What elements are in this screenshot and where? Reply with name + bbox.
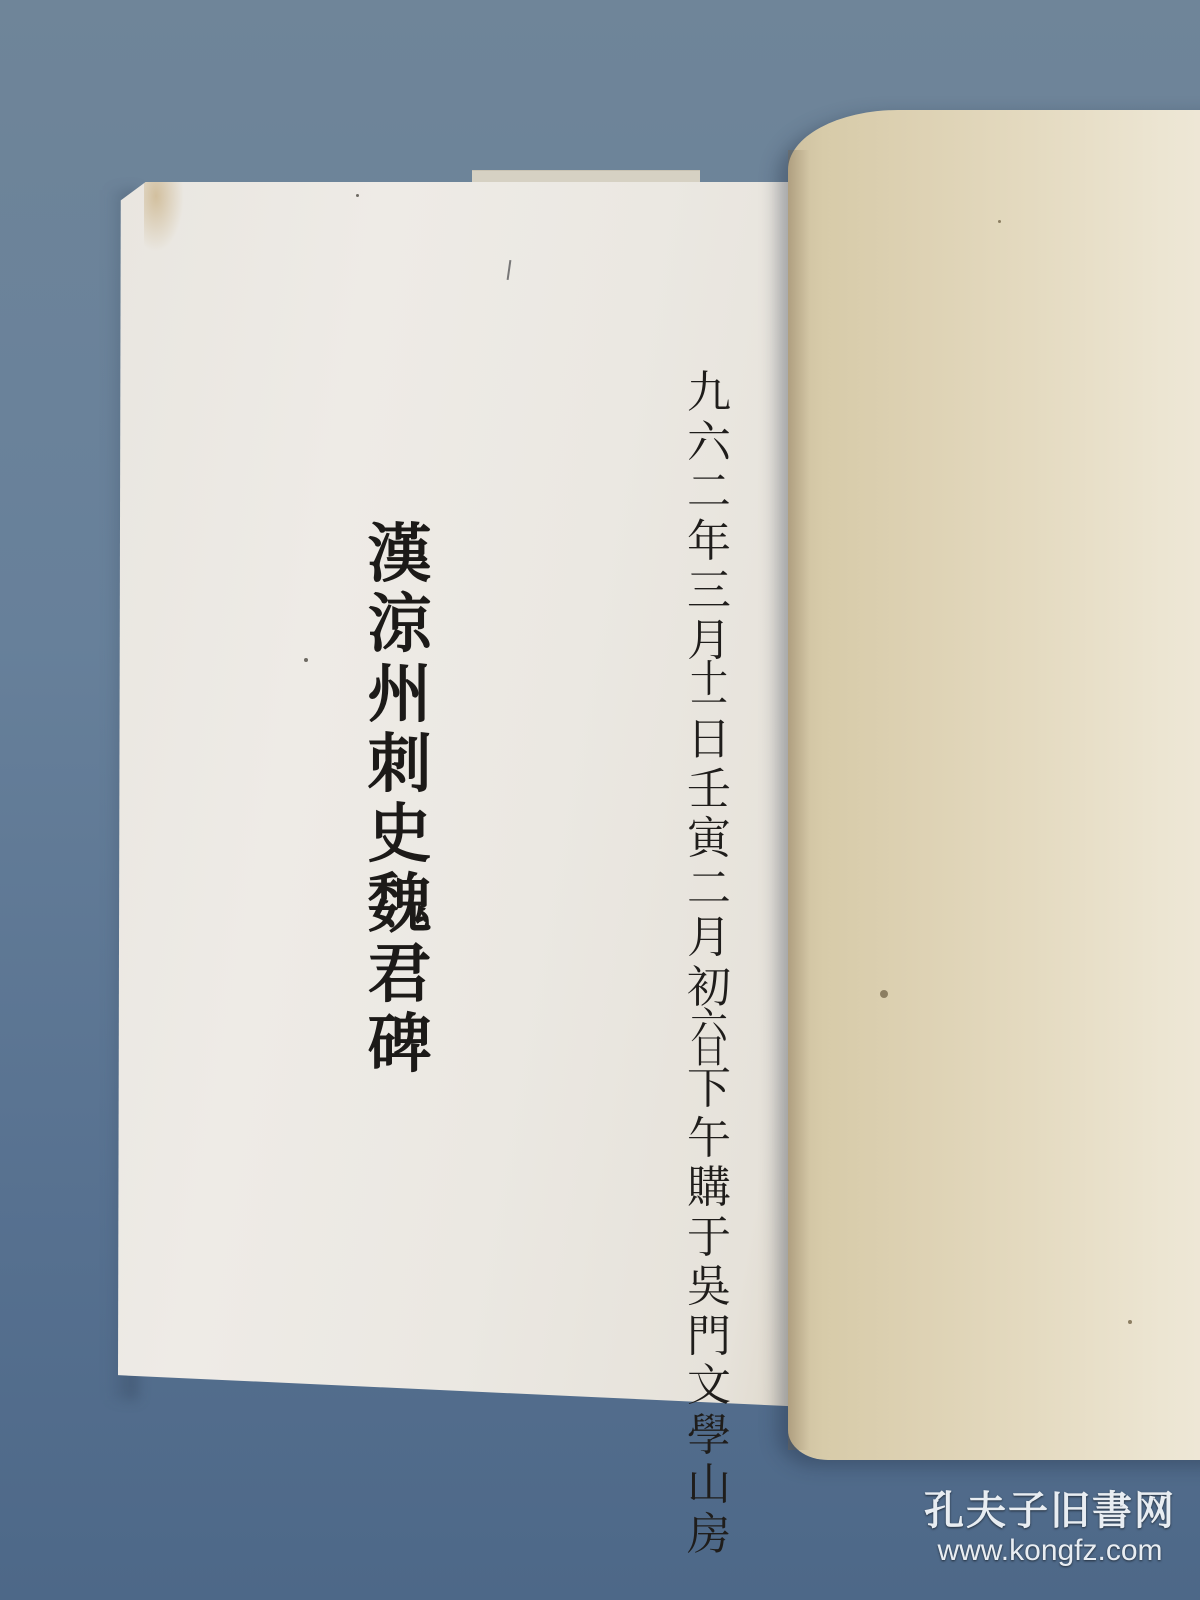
title-char: 涼	[368, 590, 432, 660]
paper-scratch	[507, 260, 512, 280]
inscription-char: 二	[687, 467, 731, 517]
inscription-char: 吳	[687, 1262, 731, 1312]
inscription-char: 年	[687, 517, 731, 567]
page-fold-shadow	[788, 150, 810, 1450]
inscription-char: 六	[687, 418, 731, 468]
title-char: 刺	[368, 730, 432, 800]
inscription-char: 日	[687, 715, 731, 765]
paper-spot	[880, 990, 888, 998]
inscription-char: 房	[687, 1510, 731, 1560]
paper-spot	[304, 658, 308, 662]
inscription-char: 寅	[687, 814, 731, 864]
right-page-curled	[788, 110, 1200, 1460]
inscription-char: 一	[690, 693, 728, 715]
inscription-char: 文	[687, 1361, 731, 1411]
corner-stain	[144, 182, 184, 252]
inscription-char: 月	[687, 913, 731, 963]
paper-spot	[1128, 1320, 1132, 1324]
title-char: 君	[368, 940, 432, 1010]
watermark-url: www.kongfz.com	[905, 1534, 1195, 1568]
paper-spot	[356, 194, 359, 197]
inscription-char: 山	[687, 1460, 731, 1510]
inscription-char: 二	[687, 864, 731, 914]
site-watermark: 孔夫子旧書网 www.kongfz.com	[905, 1488, 1195, 1568]
inscription-char: 學	[687, 1411, 731, 1461]
inscription-char: 壬	[687, 765, 731, 815]
handwritten-inscription: 九 六 二 年 三 月 十 一 日 壬 寅 二 月 初 六 日 下 午 購 于 …	[676, 368, 742, 1559]
inscription-char: 下	[687, 1064, 731, 1114]
title-char: 碑	[368, 1010, 432, 1080]
title-char: 漢	[368, 520, 432, 590]
inscription-char: 午	[687, 1114, 731, 1164]
inscription-char: 九	[687, 368, 731, 418]
title-slip-text: 漢 涼 州 刺 史 魏 君 碑	[352, 520, 447, 1080]
inscription-char: 日	[692, 1040, 726, 1064]
watermark-name: 孔夫子旧書网	[905, 1488, 1195, 1534]
inscription-char: 門	[687, 1312, 731, 1362]
inscription-char: 購	[687, 1163, 731, 1213]
inscription-char: 三	[687, 566, 731, 616]
title-char: 史	[368, 800, 432, 870]
inscription-char: 于	[687, 1213, 731, 1263]
title-char: 州	[368, 660, 432, 730]
paper-spot	[998, 220, 1001, 223]
title-char: 魏	[368, 870, 432, 940]
